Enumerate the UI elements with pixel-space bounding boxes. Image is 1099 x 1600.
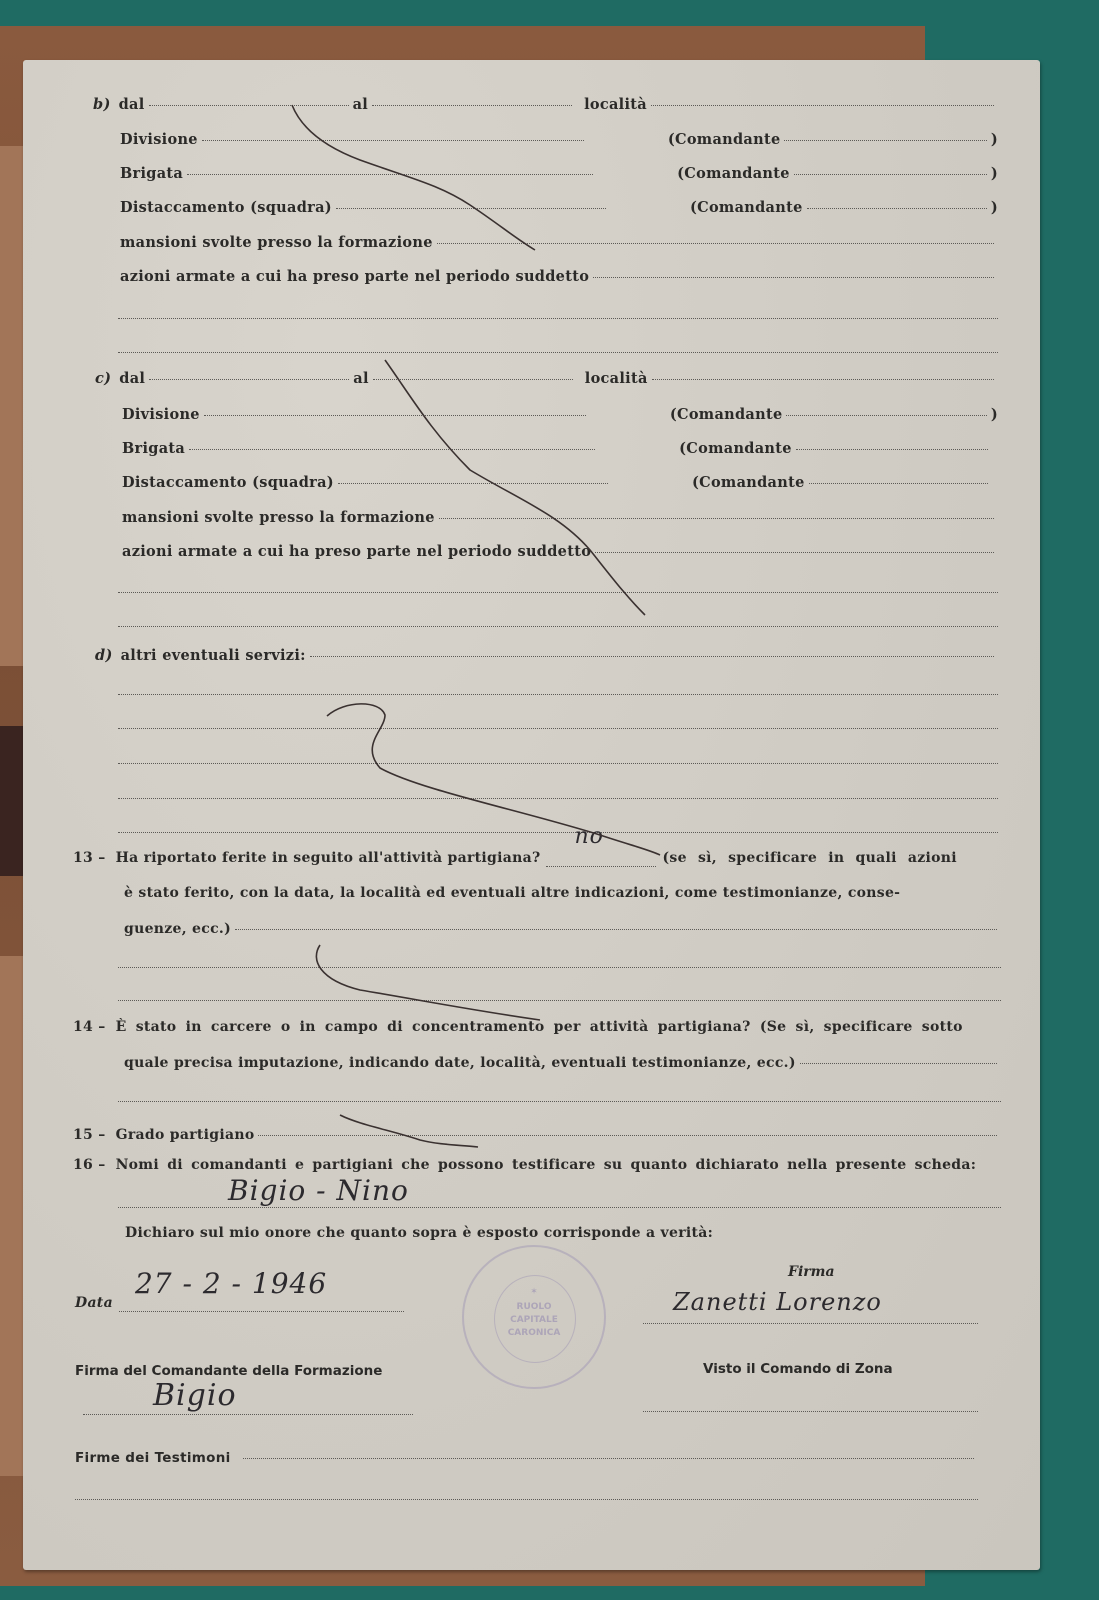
section-c-divisione-row: Divisione (Comandante )	[122, 406, 998, 423]
q13-answer: no	[574, 824, 603, 849]
blank-line[interactable]	[118, 1100, 1001, 1102]
distaccamento-field[interactable]	[338, 482, 608, 484]
section-c-mansioni-row: mansioni svolte presso la formazione	[122, 509, 998, 526]
q13-instruction-cont: è stato ferito, con la data, la località…	[124, 885, 900, 901]
comandante-label: (Comandante	[668, 131, 781, 148]
brigata-field[interactable]	[187, 173, 593, 175]
dal-label: dal	[119, 370, 145, 387]
witnesses-label: Firme dei Testimoni	[75, 1450, 231, 1466]
zone-command-label: Visto il Comando di Zona	[703, 1361, 893, 1377]
witnesses-field-2[interactable]	[75, 1498, 978, 1500]
date-field[interactable]: 27 - 2 - 1946	[119, 1295, 404, 1312]
grado-field[interactable]	[258, 1134, 997, 1136]
comandante-label: (Comandante	[677, 165, 790, 182]
section-b-mansioni-row: mansioni svolte presso la formazione	[120, 234, 998, 251]
declaration-row: Dichiaro sul mio onore che quanto sopra …	[125, 1225, 713, 1241]
q13-instruction: (se sì, specificare in quali azioni	[662, 850, 956, 866]
comandante-label: (Comandante	[690, 199, 803, 216]
q16-question: Nomi di comandanti e partigiani che poss…	[116, 1157, 977, 1173]
signature-field[interactable]	[643, 1322, 978, 1324]
q16-row: 16 – Nomi di comandanti e partigiani che…	[73, 1157, 976, 1173]
stamp-text: CARONICA	[464, 1328, 604, 1338]
declaration-text: Dichiaro sul mio onore che quanto sopra …	[125, 1225, 713, 1241]
q14-row: 14 – È stato in carcere o in campo di co…	[73, 1019, 963, 1035]
brigata-label: Brigata	[122, 440, 185, 457]
q13-details-field[interactable]	[235, 928, 997, 930]
blank-line[interactable]	[118, 317, 998, 319]
section-c-brigata-row: Brigata (Comandante	[122, 440, 992, 457]
mansioni-label: mansioni svolte presso la formazione	[120, 234, 433, 251]
mansioni-label: mansioni svolte presso la formazione	[122, 509, 435, 526]
altri-servizi-label: altri eventuali servizi:	[121, 647, 306, 664]
divisione-field[interactable]	[202, 139, 584, 141]
azioni-field[interactable]	[595, 551, 994, 553]
blank-line[interactable]	[118, 999, 1001, 1001]
close-paren: )	[991, 406, 998, 423]
official-stamp: ✶ RUOLO CAPITALE CARONICA	[462, 1245, 606, 1389]
section-b-brigata-row: Brigata (Comandante )	[120, 165, 998, 182]
azioni-field[interactable]	[593, 276, 994, 278]
date-row: Data 27 - 2 - 1946	[75, 1295, 404, 1312]
q13-row: 13 – Ha riportato ferite in seguito all'…	[73, 850, 1001, 867]
q13-line2: è stato ferito, con la data, la località…	[124, 885, 900, 901]
date-label: Data	[75, 1295, 113, 1311]
al-field[interactable]	[372, 104, 572, 106]
section-b-azioni-row: azioni armate a cui ha preso parte nel p…	[120, 268, 998, 285]
stamp-text: RUOLO	[464, 1302, 604, 1312]
blank-line[interactable]	[118, 831, 998, 833]
comandante-field[interactable]	[807, 207, 987, 209]
comandante-label: (Comandante	[692, 474, 805, 491]
q14-details-field[interactable]	[800, 1062, 997, 1064]
comandante-label: (Comandante	[670, 406, 783, 423]
q16-answer: Bigio - Nino	[228, 1174, 409, 1207]
q14-number: 14 –	[73, 1019, 106, 1035]
blank-line[interactable]	[118, 591, 998, 593]
blank-line[interactable]	[118, 797, 998, 799]
comandante-field[interactable]	[809, 482, 988, 484]
q13-answer-field[interactable]: no	[546, 850, 656, 867]
divisione-field[interactable]	[204, 414, 586, 416]
close-paren: )	[991, 131, 998, 148]
dal-field[interactable]	[149, 378, 349, 380]
mansioni-field[interactable]	[439, 517, 994, 519]
q15-number: 15 –	[73, 1127, 106, 1143]
zone-command-field[interactable]	[643, 1410, 978, 1412]
blank-line[interactable]	[118, 625, 998, 627]
distaccamento-field[interactable]	[336, 207, 606, 209]
distaccamento-label: Distaccamento (squadra)	[122, 474, 334, 491]
section-b-divisione-row: Divisione (Comandante )	[120, 131, 998, 148]
witnesses-row: Firme dei Testimoni	[75, 1450, 978, 1466]
dal-field[interactable]	[149, 104, 349, 106]
partisan-form-page: b) dal al località Divisione (Comandante…	[23, 60, 1040, 1570]
q13-line3: guenze, ecc.)	[124, 921, 1001, 937]
azioni-label: azioni armate a cui ha preso parte nel p…	[122, 543, 591, 560]
section-c-letter: c)	[95, 370, 111, 387]
close-paren: )	[991, 199, 998, 216]
section-c-dates-row: c) dal al località	[95, 370, 998, 387]
close-paren: )	[991, 165, 998, 182]
q15-row: 15 – Grado partigiano	[73, 1127, 1001, 1143]
witnesses-field[interactable]	[243, 1457, 974, 1459]
comandante-field[interactable]	[796, 448, 988, 450]
date-value: 27 - 2 - 1946	[135, 1267, 327, 1300]
al-label: al	[353, 96, 369, 113]
azioni-label: azioni armate a cui ha preso parte nel p…	[120, 268, 589, 285]
comandante-field[interactable]	[786, 414, 986, 416]
blank-line[interactable]	[118, 351, 998, 353]
localita-field[interactable]	[652, 378, 994, 380]
section-c-distaccamento-row: Distaccamento (squadra) (Comandante	[122, 474, 992, 491]
q14-instruction: quale precisa imputazione, indicando dat…	[124, 1055, 796, 1071]
signature-value: Zanetti Lorenzo	[673, 1288, 882, 1316]
section-d-letter: d)	[95, 647, 113, 664]
q14-question: È stato in carcere o in campo di concent…	[116, 1019, 963, 1035]
blank-line[interactable]	[118, 966, 1001, 968]
brigata-field[interactable]	[189, 448, 595, 450]
q13-number: 13 –	[73, 850, 106, 866]
divisione-label: Divisione	[122, 406, 200, 423]
stamp-text: CAPITALE	[464, 1315, 604, 1325]
stamp-star-icon: ✶	[464, 1287, 604, 1297]
comandante-field[interactable]	[794, 173, 987, 175]
divisione-label: Divisione	[120, 131, 198, 148]
comandante-field[interactable]	[784, 139, 986, 141]
mansioni-field[interactable]	[437, 242, 994, 244]
q16-number: 16 –	[73, 1157, 106, 1173]
localita-label: località	[584, 96, 647, 113]
localita-field[interactable]	[651, 104, 994, 106]
al-field[interactable]	[373, 378, 573, 380]
dal-label: dal	[119, 96, 145, 113]
grado-label: Grado partigiano	[116, 1127, 255, 1143]
section-b-dates-row: b) dal al località	[93, 96, 998, 113]
q14-line2: quale precisa imputazione, indicando dat…	[124, 1055, 1001, 1071]
brigata-label: Brigata	[120, 165, 183, 182]
section-b-letter: b)	[93, 96, 111, 113]
commander-signature-label: Firma del Comandante della Formazione	[75, 1363, 382, 1379]
section-c-azioni-row: azioni armate a cui ha preso parte nel p…	[122, 543, 998, 560]
localita-label: località	[585, 370, 648, 387]
signature-label: Firma	[788, 1264, 835, 1280]
altri-servizi-field[interactable]	[310, 655, 994, 657]
commander-signature-field[interactable]	[83, 1413, 413, 1415]
commander-signature-value: Bigio	[153, 1378, 237, 1413]
section-d-row: d) altri eventuali servizi:	[95, 647, 998, 664]
comandante-label: (Comandante	[679, 440, 792, 457]
section-b-distaccamento-row: Distaccamento (squadra) (Comandante )	[120, 199, 998, 216]
q13-instruction-end: guenze, ecc.)	[124, 921, 231, 937]
blank-line[interactable]	[118, 693, 998, 695]
al-label: al	[353, 370, 369, 387]
q13-question: Ha riportato ferite in seguito all'attiv…	[116, 850, 541, 866]
blank-line[interactable]	[118, 727, 998, 729]
distaccamento-label: Distaccamento (squadra)	[120, 199, 332, 216]
blank-line[interactable]	[118, 762, 998, 764]
